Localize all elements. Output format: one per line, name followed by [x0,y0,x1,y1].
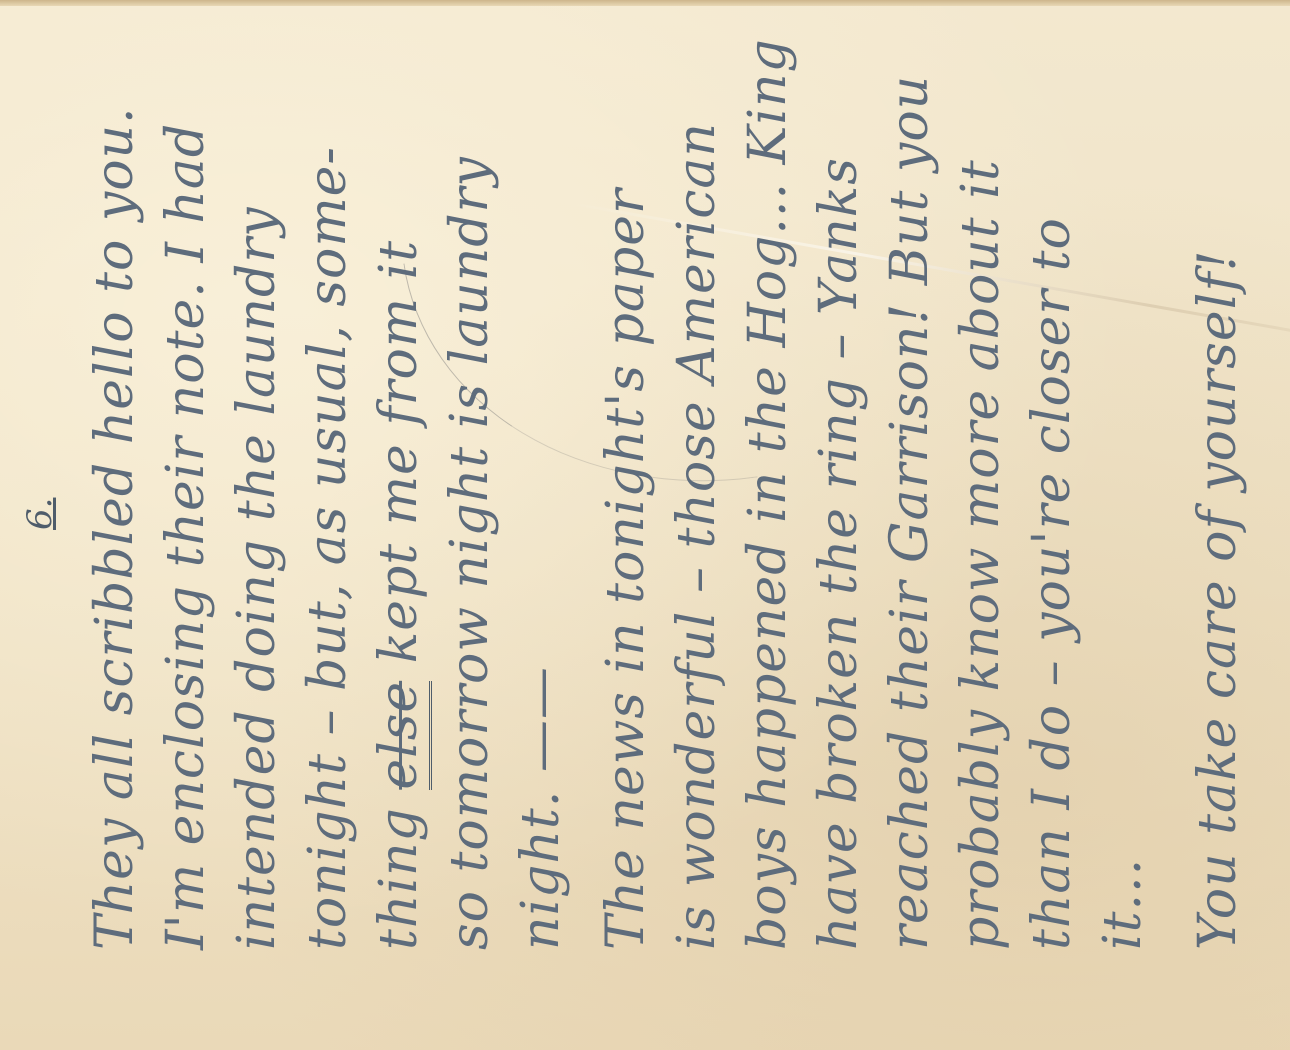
line-6-rest: tomorrow night is laundry [440,156,500,890]
letter-line-11: have broken the ring – Yanks [804,70,875,950]
line-5-start: thing [369,790,429,950]
struck-so: so [440,890,500,950]
letter-body: 6. They all scribbled hello to you. I'm … [0,0,1290,1050]
letter-line-13: probably know more about it [946,70,1017,950]
letter-line-3: intended doing the laundry [222,70,293,950]
letter-line-10: boys happened in the Hog... King [733,70,804,950]
letter-line-5: thing else kept me from it [364,70,435,950]
page-number: 6. [20,70,66,530]
letter-line-7: night. —— [506,70,577,950]
letter-closing-line: You take care of yourself! [1183,70,1254,950]
letter-line-2: I'm enclosing their note. I had [151,70,222,950]
letter-page: 6. They all scribbled hello to you. I'm … [0,0,1290,1050]
letter-line-6: so tomorrow night is laundry [435,70,506,950]
line-5-end: kept me from it [369,240,429,681]
letter-line-12: reached their Garrison! But you [875,70,946,950]
letter-line-8: The news in tonight's paper [591,70,662,950]
letter-line-9: is wonderful – those American [662,70,733,950]
letter-line-4: tonight – but, as usual, some- [293,70,364,950]
letter-line-15: it... [1088,70,1159,950]
letter-line-14: than I do – you're closer to [1017,70,1088,950]
struck-word: else [369,681,432,790]
letter-line-1: They all scribbled hello to you. [80,70,151,950]
